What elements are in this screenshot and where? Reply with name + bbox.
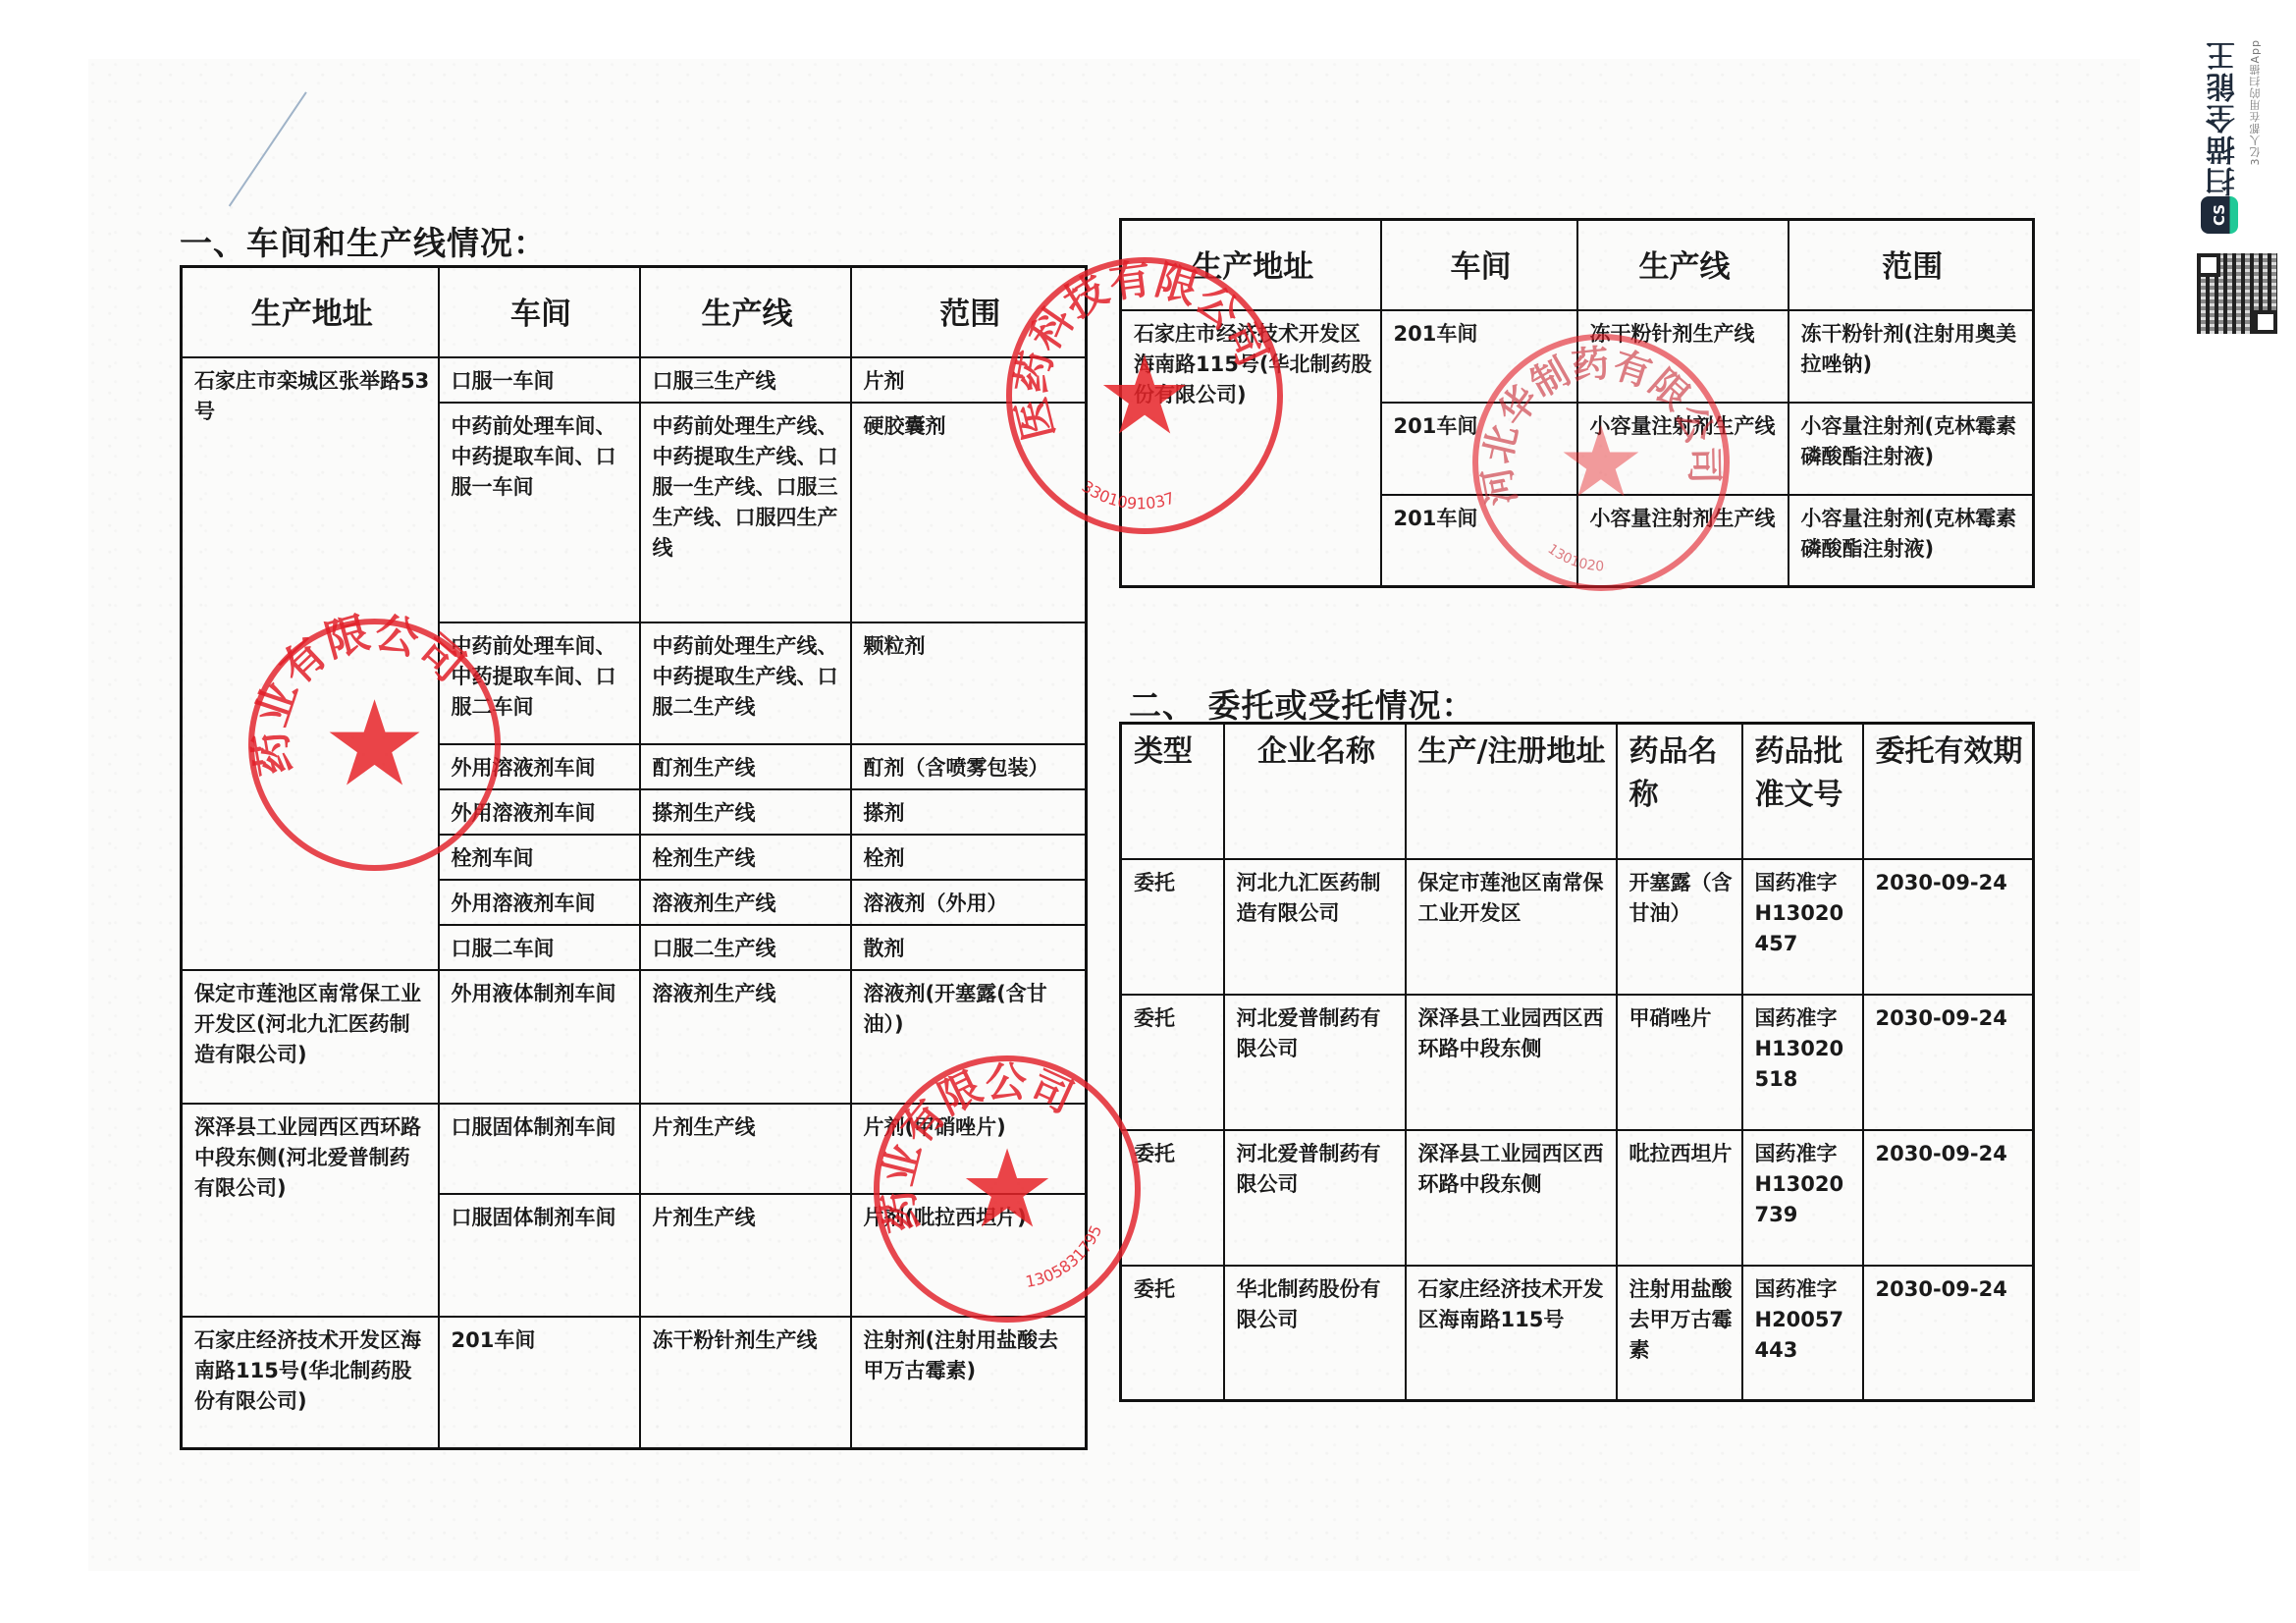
header-approval: 药品批准文号: [1742, 724, 1863, 859]
cell-drug: 注射用盐酸去甲万古霉素: [1617, 1266, 1742, 1401]
header-address: 生产地址: [182, 267, 439, 357]
cell-drug: 开塞露（含甘油）: [1617, 859, 1742, 995]
header-workshop: 车间: [439, 267, 640, 357]
cell-type: 委托: [1121, 1130, 1224, 1266]
cell-drug: 甲硝唑片: [1617, 995, 1742, 1130]
watermark-app-name: 扫描全能王: [2203, 39, 2246, 196]
table-row: 委托河北九汇医药制造有限公司保定市莲池区南常保工业开发区开塞露（含甘油）国药准字…: [1121, 859, 2034, 995]
workshop-table: 生产地址 车间 生产线 范围 石家庄市栾城区张举路53号口服一车间口服三生产线片…: [180, 265, 1088, 1450]
cell-line: 小容量注射剂生产线: [1577, 403, 1789, 495]
cell-scope: 颗粒剂: [851, 622, 1087, 744]
header-type: 类型: [1121, 724, 1224, 859]
cell-approval: 国药准字H13020739: [1742, 1130, 1863, 1266]
cell-line: 酊剂生产线: [640, 744, 851, 789]
header-workshop: 车间: [1381, 220, 1577, 310]
cell-workshop: 201车间: [439, 1317, 640, 1449]
cell-scope: 硬胶囊剂: [851, 403, 1087, 622]
table-row: 委托河北爱普制药有限公司深泽县工业园西区西环路中段东侧吡拉西坦片国药准字H130…: [1121, 1130, 2034, 1266]
cell-workshop: 中药前处理车间、中药提取车间、口服一车间: [439, 403, 640, 622]
cell-address: 保定市莲池区南常保工业开发区(河北九汇医药制造有限公司): [182, 970, 439, 1104]
cell-valid-until: 2030-09-24: [1863, 859, 2034, 995]
header-scope: 范围: [1789, 220, 2034, 310]
cell-line: 溶液剂生产线: [640, 970, 851, 1104]
cell-address: 石家庄经济技术开发区海南路115号: [1406, 1266, 1617, 1401]
cell-workshop: 口服固体制剂车间: [439, 1104, 640, 1194]
cell-line: 小容量注射剂生产线: [1577, 495, 1789, 587]
header-address: 生产地址: [1121, 220, 1381, 310]
cell-line: 片剂生产线: [640, 1194, 851, 1317]
cell-scope: 搽剂: [851, 789, 1087, 835]
cell-line: 冻干粉针剂生产线: [1577, 310, 1789, 403]
cell-address: 深泽县工业园西区西环路中段东侧: [1406, 1130, 1617, 1266]
header-line: 生产线: [1577, 220, 1789, 310]
table-row: 石家庄经济技术开发区海南路115号(华北制药股份有限公司)201车间冻干粉针剂生…: [182, 1317, 1087, 1449]
cell-workshop: 口服固体制剂车间: [439, 1194, 640, 1317]
cell-company: 河北爱普制药有限公司: [1224, 995, 1406, 1130]
cell-address: 深泽县工业园西区西环路中段东侧(河北爱普制药有限公司): [182, 1104, 439, 1317]
cell-scope: 散剂: [851, 925, 1087, 970]
cell-valid-until: 2030-09-24: [1863, 1130, 2034, 1266]
workshop-table-continued: 生产地址 车间 生产线 范围 石家庄市经济技术开发区海南路115号(华北制药股份…: [1119, 218, 2035, 588]
cell-line: 搽剂生产线: [640, 789, 851, 835]
cell-workshop: 外用溶液剂车间: [439, 789, 640, 835]
cell-line: 中药前处理生产线、中药提取生产线、口服二生产线: [640, 622, 851, 744]
scanner-watermark: 扫描全能王 3亿人都在用的扫描App CS: [2197, 39, 2285, 334]
cell-scope: 片剂(吡拉西坦片): [851, 1194, 1087, 1317]
header-valid-until: 委托有效期: [1863, 724, 2034, 859]
qr-code-icon: [2197, 253, 2277, 334]
cell-address: 石家庄市栾城区张举路53号: [182, 357, 439, 970]
cell-valid-until: 2030-09-24: [1863, 1266, 2034, 1401]
header-company: 企业名称: [1224, 724, 1406, 859]
header-scope: 范围: [851, 267, 1087, 357]
table-header-row: 类型 企业名称 生产/注册地址 药品名称 药品批准文号 委托有效期: [1121, 724, 2034, 859]
cell-workshop: 外用液体制剂车间: [439, 970, 640, 1104]
cell-company: 河北爱普制药有限公司: [1224, 1130, 1406, 1266]
table-row: 深泽县工业园西区西环路中段东侧(河北爱普制药有限公司)口服固体制剂车间片剂生产线…: [182, 1104, 1087, 1194]
cell-valid-until: 2030-09-24: [1863, 995, 2034, 1130]
cell-type: 委托: [1121, 995, 1224, 1130]
cell-address: 深泽县工业园西区西环路中段东侧: [1406, 995, 1617, 1130]
cell-approval: 国药准字H13020518: [1742, 995, 1863, 1130]
table-row: 石家庄市栾城区张举路53号口服一车间口服三生产线片剂: [182, 357, 1087, 403]
page-fold-line: [229, 91, 307, 206]
cell-line: 口服二生产线: [640, 925, 851, 970]
cell-approval: 国药准字H20057443: [1742, 1266, 1863, 1401]
cell-scope: 酊剂（含喷雾包装）: [851, 744, 1087, 789]
table-row: 保定市莲池区南常保工业开发区(河北九汇医药制造有限公司)外用液体制剂车间溶液剂生…: [182, 970, 1087, 1104]
section1-title: 一、车间和生产线情况：: [180, 218, 547, 264]
cell-workshop: 201车间: [1381, 310, 1577, 403]
cell-scope: 冻干粉针剂(注射用奥美拉唑钠): [1789, 310, 2034, 403]
cell-workshop: 201车间: [1381, 403, 1577, 495]
cell-address: 石家庄经济技术开发区海南路115号(华北制药股份有限公司): [182, 1317, 439, 1449]
cell-workshop: 口服二车间: [439, 925, 640, 970]
cell-workshop: 口服一车间: [439, 357, 640, 403]
cell-scope: 小容量注射剂(克林霉素磷酸酯注射液): [1789, 495, 2034, 587]
cell-type: 委托: [1121, 859, 1224, 995]
table-header-row: 生产地址 车间 生产线 范围: [182, 267, 1087, 357]
cell-scope: 栓剂: [851, 835, 1087, 880]
cell-scope: 小容量注射剂(克林霉素磷酸酯注射液): [1789, 403, 2034, 495]
cell-workshop: 外用溶液剂车间: [439, 880, 640, 925]
watermark-tagline: 3亿人都在用的扫描App: [2248, 39, 2264, 166]
cell-approval: 国药准字H13020457: [1742, 859, 1863, 995]
cell-workshop: 中药前处理车间、中药提取车间、口服二车间: [439, 622, 640, 744]
cell-line: 片剂生产线: [640, 1104, 851, 1194]
cell-address: 保定市莲池区南常保工业开发区: [1406, 859, 1617, 995]
section2-title: 二、 委托或受托情况：: [1129, 680, 1475, 727]
table-row: 石家庄市经济技术开发区海南路115号(华北制药股份有限公司) 201车间 冻干粉…: [1121, 310, 2034, 403]
cell-line: 栓剂生产线: [640, 835, 851, 880]
cell-type: 委托: [1121, 1266, 1224, 1401]
cell-line: 冻干粉针剂生产线: [640, 1317, 851, 1449]
cell-scope: 溶液剂（外用）: [851, 880, 1087, 925]
cell-line: 中药前处理生产线、中药提取生产线、口服一生产线、口服三生产线、口服四生产线: [640, 403, 851, 622]
cell-line: 溶液剂生产线: [640, 880, 851, 925]
table-header-row: 生产地址 车间 生产线 范围: [1121, 220, 2034, 310]
header-address: 生产/注册地址: [1406, 724, 1617, 859]
cell-workshop: 201车间: [1381, 495, 1577, 587]
cs-logo-icon: CS: [2201, 196, 2238, 234]
cell-company: 华北制药股份有限公司: [1224, 1266, 1406, 1401]
cell-scope: 片剂: [851, 357, 1087, 403]
cell-scope: 注射剂(注射用盐酸去甲万古霉素): [851, 1317, 1087, 1449]
table-row: 委托华北制药股份有限公司石家庄经济技术开发区海南路115号注射用盐酸去甲万古霉素…: [1121, 1266, 2034, 1401]
cell-scope: 溶液剂(开塞露(含甘油）): [851, 970, 1087, 1104]
cell-workshop: 外用溶液剂车间: [439, 744, 640, 789]
cell-scope: 片剂(甲硝唑片): [851, 1104, 1087, 1194]
table-row: 委托河北爱普制药有限公司深泽县工业园西区西环路中段东侧甲硝唑片国药准字H1302…: [1121, 995, 2034, 1130]
cell-line: 口服三生产线: [640, 357, 851, 403]
cell-workshop: 栓剂车间: [439, 835, 640, 880]
header-line: 生产线: [640, 267, 851, 357]
cell-drug: 吡拉西坦片: [1617, 1130, 1742, 1266]
cell-company: 河北九汇医药制造有限公司: [1224, 859, 1406, 995]
entrustment-table: 类型 企业名称 生产/注册地址 药品名称 药品批准文号 委托有效期 委托河北九汇…: [1119, 722, 2035, 1402]
cell-address: 石家庄市经济技术开发区海南路115号(华北制药股份有限公司): [1121, 310, 1381, 587]
header-drug: 药品名称: [1617, 724, 1742, 859]
